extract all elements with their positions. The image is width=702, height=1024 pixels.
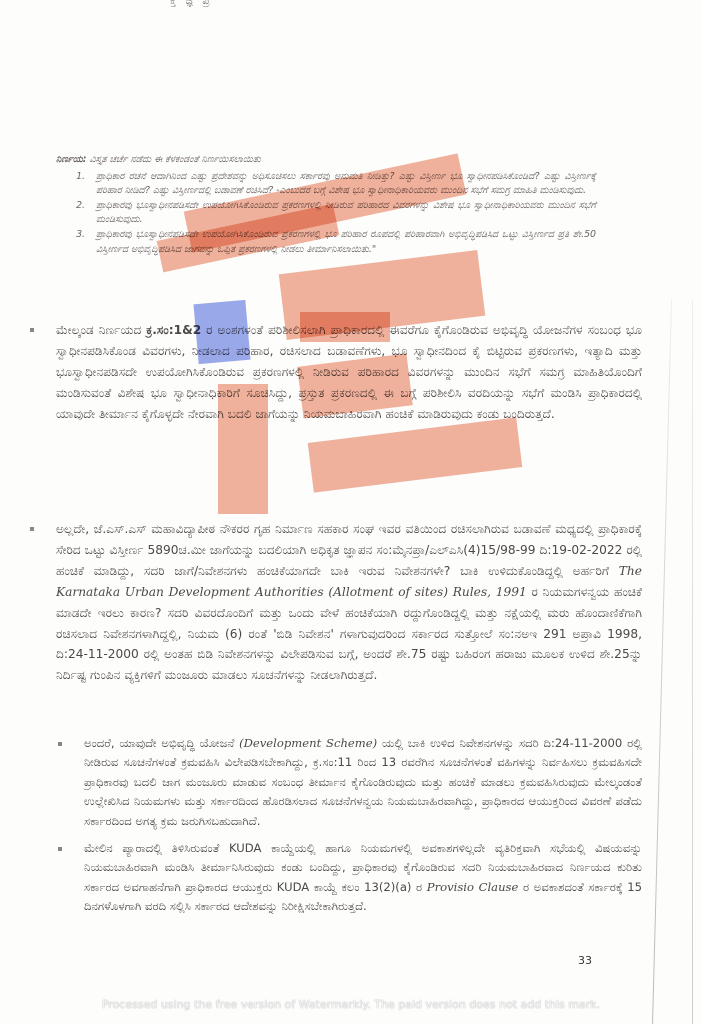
decision-item: ಪ್ರಾಧಿಕಾರ ರಚನೆ ಆದಾಗಿನಿಂದ ಎಷ್ಟು ಪ್ರದೇಶವನ್… [88, 170, 596, 199]
top-text-fragment: ಕ್ತ ಜ್ಞ ಪ್ರ [170, 0, 213, 8]
paragraph-block-2: ಅಲ್ಲದೇ, ಜೆ.ಎಸ್.ಎಸ್ ಮಹಾವಿದ್ಯಾಪೀಠ ನೌಕರರ ಗೃ… [30, 519, 642, 686]
clause-term: Provisio Clause [427, 880, 519, 894]
decision-block: ನಿರ್ಣಯ: ವಿಸ್ತೃತ ಚರ್ಚೆ ನಡೆದು ಈ ಕೆಳಕಂಡಂತೆ … [56, 153, 596, 257]
page-edge-line [692, 300, 693, 1024]
document-page: ಕ್ತ ಜ್ಞ ಪ್ರ ನಿರ್ಣಯ: ವಿಸ್ತೃತ ಚರ್ಚೆ ನಡೆದು … [0, 0, 702, 1024]
bullet-paragraph: ಅಲ್ಲದೇ, ಜೆ.ಎಸ್.ಎಸ್ ಮಹಾವಿದ್ಯಾಪೀಠ ನೌಕರರ ಗೃ… [30, 519, 642, 686]
paragraph-text: ಅಲ್ಲದೇ, ಜೆ.ಎಸ್.ಎಸ್ ಮಹಾವಿದ್ಯಾಪೀಠ ನೌಕರರ ಗೃ… [56, 522, 642, 578]
bullet-paragraph: ಮೇಲಿನ ಪ್ಯಾರಾದಲ್ಲಿ ತಿಳಿಸಿರುವಂತೆ KUDA ಕಾಯ್… [58, 839, 642, 917]
decision-list: ಪ್ರಾಧಿಕಾರ ರಚನೆ ಆದಾಗಿನಿಂದ ಎಷ್ಟು ಪ್ರದೇಶವನ್… [56, 170, 596, 258]
paragraph-block-3: ಅಂದರೆ, ಯಾವುದೇ ಅಭಿವೃದ್ಧಿ ಯೋಜನೆ (Developme… [58, 734, 642, 925]
decision-item: ಪ್ರಾಧಿಕಾರವು ಭೂಸ್ವಾಧೀನಪಡಿಸದೇ ಉಪಯೋಗಿಸಿಕೊಂಡ… [88, 228, 596, 257]
decision-label: ನಿರ್ಣಯ: [56, 154, 87, 165]
bullet-square-icon [30, 527, 34, 531]
watermark-notice: Processed using the free version of Wate… [0, 998, 702, 1011]
decision-heading-text: ವಿಸ್ತೃತ ಚರ್ಚೆ ನಡೆದು ಈ ಕೆಳಕಂಡಂತೆ ನಿರ್ಣಯಿಸ… [90, 154, 261, 165]
paragraph-text: ಅಂದರೆ, ಯಾವುದೇ ಅಭಿವೃದ್ಧಿ ಯೋಜನೆ [84, 736, 239, 750]
bullet-square-icon [58, 847, 62, 851]
page-number: 33 [578, 954, 592, 967]
highlight-text: ಕ್ರ.ಸಂ:1&2 [146, 323, 201, 337]
page-edge-line [652, 300, 672, 1024]
bullet-paragraph: ಮೇಲ್ಕಂಡ ನಿರ್ಣಯದ ಕ್ರ.ಸಂ:1&2 ರ ಅಂಶಗಳಂತೆ ಪರ… [30, 320, 642, 425]
paragraph-text: ರ ಅಂಶಗಳಂತೆ ಪರಿಶೀಲಿಸಲಾಗಿ ಪ್ರಾಧಿಕಾರದಲ್ಲಿ ಈ… [56, 323, 642, 421]
paragraph-block-1: ಮೇಲ್ಕಂಡ ನಿರ್ಣಯದ ಕ್ರ.ಸಂ:1&2 ರ ಅಂಶಗಳಂತೆ ಪರ… [30, 320, 642, 425]
bullet-square-icon [30, 328, 34, 332]
paragraph-text: ಮೇಲ್ಕಂಡ ನಿರ್ಣಯದ [56, 323, 146, 337]
decision-heading: ನಿರ್ಣಯ: ವಿಸ್ತೃತ ಚರ್ಚೆ ನಡೆದು ಈ ಕೆಳಕಂಡಂತೆ … [56, 153, 596, 168]
paragraph-text: ರ ನಿಯಮಗಳನ್ವಯ ಹಂಚಿಕೆ ಮಾಡದೇ ಇರಲು ಕಾರಣ? ಸದರ… [56, 585, 642, 683]
decision-item: ಪ್ರಾಧಿಕಾರವು ಭೂಸ್ವಾಧೀನಪಡಿಸದೇ ಉಪಯೋಗಿಸಿಕೊಂಡ… [88, 199, 596, 228]
bullet-paragraph: ಅಂದರೆ, ಯಾವುದೇ ಅಭಿವೃದ್ಧಿ ಯೋಜನೆ (Developme… [58, 734, 642, 831]
watermark-shape [308, 417, 523, 492]
scheme-term: (Development Scheme) [239, 736, 377, 750]
bullet-square-icon [58, 742, 62, 746]
